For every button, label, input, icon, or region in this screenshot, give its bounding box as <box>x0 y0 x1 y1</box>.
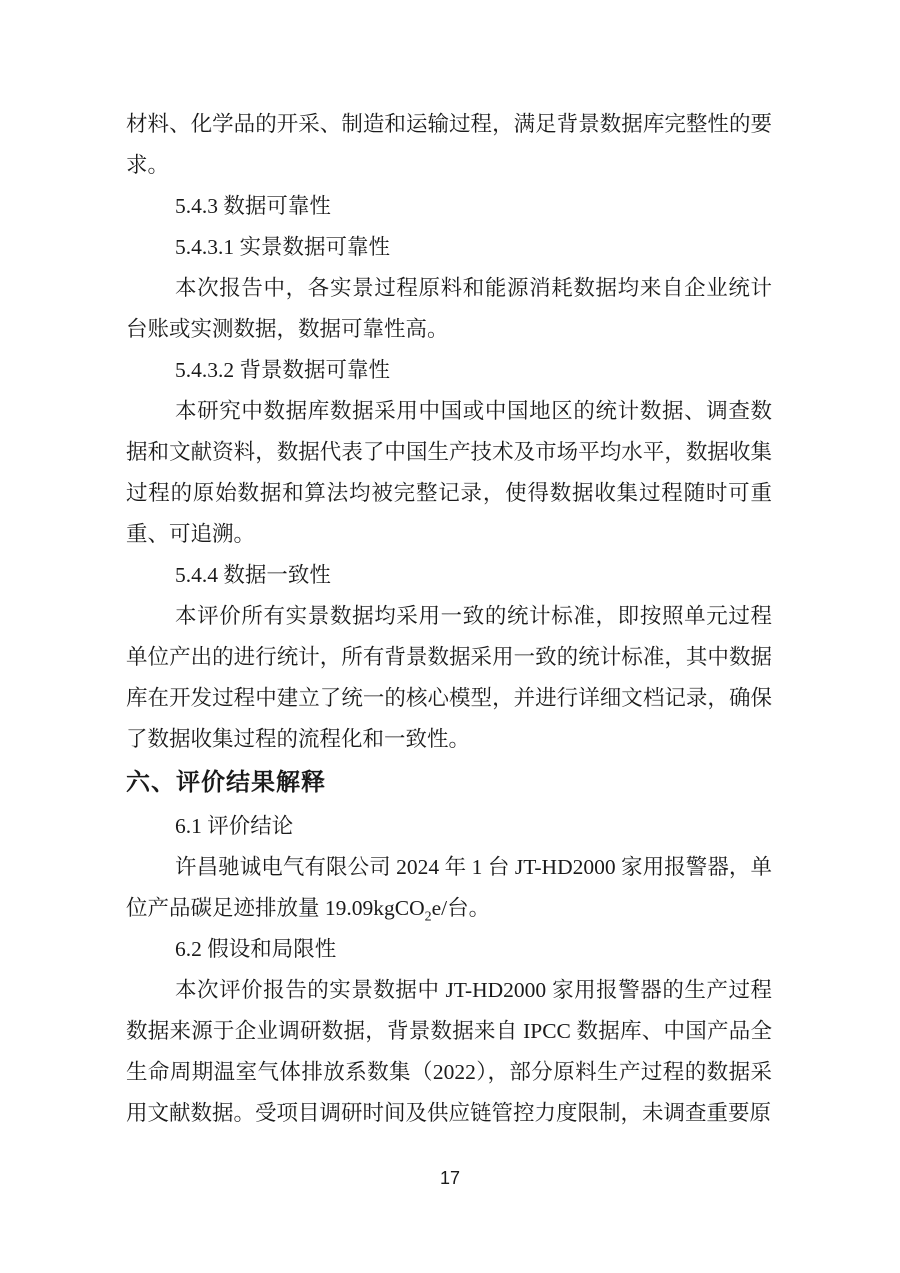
section-heading-5-4-3: 5.4.3 数据可靠性 <box>126 186 772 227</box>
section-heading-5-4-3-2: 5.4.3.2 背景数据可靠性 <box>126 350 772 391</box>
document-body: 材料、化学品的开采、制造和运输过程，满足背景数据库完整性的要求。 5.4.3 数… <box>126 104 772 1134</box>
section-heading-5-4-4: 5.4.4 数据一致性 <box>126 555 772 596</box>
paragraph-consistency: 本评价所有实景数据均采用一致的统计标准，即按照单元过程单位产出的进行统计，所有背… <box>126 596 772 760</box>
paragraph-foreground-reliability: 本次报告中，各实景过程原料和能源消耗数据均来自企业统计台账或实测数据，数据可靠性… <box>126 268 772 350</box>
paragraph-limitations: 本次评价报告的实景数据中 JT-HD2000 家用报警器的生产过程数据来源于企业… <box>126 970 772 1134</box>
co2-subscript: 2 <box>425 909 432 924</box>
chapter-heading-6: 六、评价结果解释 <box>126 760 772 806</box>
section-heading-6-1: 6.1 评价结论 <box>126 806 772 847</box>
paragraph-conclusion: 许昌驰诚电气有限公司 2024 年 1 台 JT-HD2000 家用报警器，单位… <box>126 847 772 929</box>
page-number: 17 <box>0 1168 900 1189</box>
section-heading-5-4-3-1: 5.4.3.1 实景数据可靠性 <box>126 227 772 268</box>
section-heading-6-2: 6.2 假设和局限性 <box>126 929 772 970</box>
document-page: 材料、化学品的开采、制造和运输过程，满足背景数据库完整性的要求。 5.4.3 数… <box>0 0 900 1273</box>
paragraph-continuation: 材料、化学品的开采、制造和运输过程，满足背景数据库完整性的要求。 <box>126 104 772 186</box>
paragraph-background-reliability: 本研究中数据库数据采用中国或中国地区的统计数据、调查数据和文献资料，数据代表了中… <box>126 391 772 555</box>
conclusion-text-post: e/台。 <box>432 896 491 920</box>
